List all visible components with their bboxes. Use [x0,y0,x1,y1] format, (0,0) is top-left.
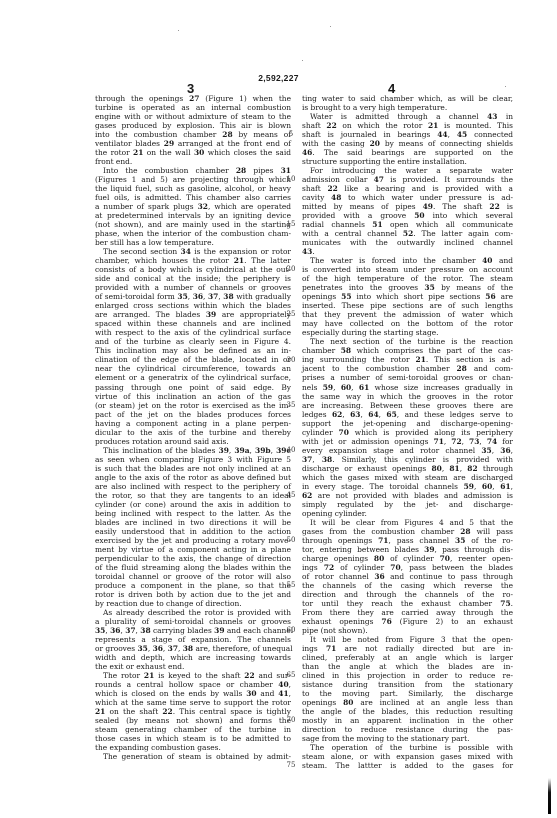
text-line: chamber, which houses the rotor 21. The … [95,256,291,265]
text-line: that they prevent the admission of water… [302,310,513,319]
text-line: cylinder (or cone) around the axis in ad… [95,500,291,509]
text-line: support the jet-opening and discharge-op… [302,419,513,428]
text-line: municates with the outwardly inclined ch… [302,238,513,247]
text-line: admission collar 47 is provided. It surr… [302,175,513,184]
scan-speck [302,60,303,61]
text-line: cylinder 70 which is provided along its … [302,428,513,437]
text-line: It will be clear from Figures 4 and 5 th… [302,518,513,527]
text-line: direction and through the channels of th… [302,590,513,599]
text-line: the exit or exhaust end. [95,662,291,671]
text-line: may have collected on the bottom of the … [302,319,513,328]
scan-speck [178,30,179,31]
text-line: the rotor, so that they are tangents to … [95,491,291,500]
text-line: as seen when comparing Figure 3 with Fig… [95,455,291,464]
text-line: front end. [95,157,291,166]
text-line: shaft 22 like a bearing and is provided … [302,184,513,193]
text-line: jacent to the combustion chamber 28 and … [302,364,513,373]
text-line: mitted by means of pipes 49. The shaft 2… [302,202,513,211]
text-line: phase, when the interior of the combusti… [95,229,291,238]
text-line: or grooves 35, 36, 37, 38 are, therefore… [95,644,291,653]
text-line: turbine is operated as an internal combu… [95,103,291,112]
text-line: 37, 38. Similarly, this cylinder is prov… [302,455,513,464]
text-line: simply regulated by the jet- and dischar… [302,500,513,509]
text-line: those cases in which steam is to be admi… [95,734,291,743]
text-line: spaced within these channels and are inc… [95,319,291,328]
text-line: toroidal channel or groove of the rotor … [95,572,291,581]
text-line: sealed (by means not shown) and forms th… [95,716,291,725]
text-line: clined in this projection in order to re… [302,671,513,680]
text-line: which at the same time serve to support … [95,698,291,707]
line-number: 20 [285,265,297,273]
text-line: of the high temperature of the rotor. Th… [302,274,513,283]
text-line: ledges 62, 63, 64, 65, and these ledges … [302,410,513,419]
text-line: shaft is journaled in bearings 44, 45 co… [302,130,513,139]
line-number: 25 [285,310,297,318]
text-line: gases from the combustion chamber 28 wil… [302,527,513,536]
text-line: (or steam) jet on the rotor is exercised… [95,401,291,410]
text-line: shaft 22 on which the rotor 21 is mounte… [302,121,513,130]
text-line: the channels of the casing which reverse… [302,581,513,590]
text-line: sistance during transition from the stat… [302,680,513,689]
text-line: 46. The said bearings are supported on t… [302,148,513,157]
text-line: of the fluid streaming along the blades … [95,563,291,572]
line-number: 15 [285,220,297,228]
text-line: provided with a number of channels or gr… [95,283,291,292]
line-number: 50 [285,536,297,544]
text-line: pipe (not shown). [302,626,513,635]
text-line: is brought to a very high temperature. [302,103,513,112]
text-line: radial channels 51 open which all commun… [302,220,513,229]
text-line: 43. [302,247,513,256]
text-line: virtue of this inclination an action of … [95,392,291,401]
text-line: blades are inclined in two directions it… [95,518,291,527]
text-line: being inclined with respect to the latte… [95,509,291,518]
text-line: provided with a groove 50 into which sev… [302,211,513,220]
text-line: enlarged cross sections within which the… [95,301,291,310]
line-number: 35 [285,401,297,409]
text-line: clination of the edge of the blade, loca… [95,355,291,364]
line-number: 60 [285,626,297,634]
text-line: chamber 58 which comprises the part of t… [302,346,513,355]
text-line: through openings 71, pass channel 35 of … [302,536,513,545]
text-line: (Figures 1 and 5) are projecting through… [95,175,291,184]
text-line: through the openings 27 (Figure 1) when … [95,94,291,103]
text-line: are arranged. The blades 39 are appropri… [95,310,291,319]
text-line: fuel oils, is admitted. This chamber als… [95,193,291,202]
text-line: openings 80 are inclined at an angle les… [302,698,513,707]
text-line: with respect to the axis of the cylindri… [95,328,291,337]
text-line: This inclination may also be defined as … [95,346,291,355]
text-line: the rotor 21 on the wall 30 which closes… [95,148,291,157]
text-line: ventilator blades 29 arranged at the fro… [95,139,291,148]
text-line: rotor is driven both by action due to th… [95,590,291,599]
text-line: which is closed on the ends by walls 30 … [95,689,291,698]
text-line: penetrates into the grooves 35 by means … [302,283,513,292]
text-line: are also inclined with respect to the pe… [95,482,291,491]
text-line: structure supporting the entire installa… [302,157,513,166]
text-line: inserted. These pipe sections are of suc… [302,301,513,310]
text-line: at predetermined intervals by an ignitin… [95,211,291,220]
text-line: is converted into steam under pressure o… [302,265,513,274]
text-line: steam. The lattter is added to the gases… [302,761,513,770]
text-line: into the combustion chamber 28 by means … [95,130,291,139]
text-line: represents a stage of expansion. The cha… [95,635,291,644]
text-line: The water is forced into the chamber 40 … [302,256,513,265]
text-line: It will be noted from Figure 3 that the … [302,635,513,644]
text-line: This inclination of the blades 39, 39a, … [95,446,291,455]
text-line: The rotor 21 is keyed to the shaft 22 an… [95,671,291,680]
text-line: with the casing 20 by means of connectin… [302,139,513,148]
text-line: For introducing the water a separate wat… [302,166,513,175]
line-number: 65 [285,671,297,679]
text-line: ings 71 are not radially directed but ar… [302,644,513,653]
line-number: 40 [285,446,297,454]
scan-speck [505,86,506,87]
text-line: width and depth, which are increasing to… [95,653,291,662]
text-line: passing through one point of said edge. … [95,383,291,392]
text-line: engine with or without admixture of stea… [95,112,291,121]
text-line: are increasing. Between these grooves th… [302,401,513,410]
text-line: direction to reduce resistance during th… [302,725,513,734]
text-line: The operation of the turbine is possible… [302,743,513,752]
text-line: and of the turbine as clearly seen in Fi… [95,337,291,346]
text-line: discharge or exhaust openings 80, 81, 82… [302,464,513,473]
text-line: easily understood that in addition to th… [95,527,291,536]
text-line: prises a number of semi-toroidal grooves… [302,373,513,382]
text-line: tor, entering between blades 39, pass th… [302,545,513,554]
text-line: opening cylinder. [302,509,513,518]
line-number: 5 [285,130,297,138]
text-line: of semi-toroidal form 35, 36, 37, 38 wit… [95,292,291,301]
line-number: 55 [285,581,297,589]
text-line: than the angle at which the blades are i… [302,662,513,671]
text-line: to the moving part. Similarly, the disch… [302,689,513,698]
line-number: 75 [285,761,297,769]
text-line: (not shown), and are mainly used in the … [95,220,291,229]
patent-number: 2,592,227 [0,73,557,83]
text-line: ting water to said chamber which, as wil… [302,94,513,103]
text-line: 35, 36, 37, 38 carrying blades 39 and ea… [95,626,291,635]
scan-speck [330,26,331,27]
text-line: tor until they reach the exhaust chamber… [302,599,513,608]
text-line: steam alone, or with expansion gases mix… [302,752,513,761]
text-line: consists of a body which is cylindrical … [95,265,291,274]
text-line: dicular to the axis of the turbine and t… [95,428,291,437]
right-text-column: ting water to said chamber which, as wil… [302,94,513,770]
text-line: 21 on the shaft 22. This central space i… [95,707,291,716]
text-line: steam generating chamber of the turbine … [95,725,291,734]
text-line: Into the combustion chamber 28 pipes 31 [95,166,291,175]
text-line: every expansion stage and rotor channel … [302,446,513,455]
text-line: exercised by the jet and producing a rot… [95,536,291,545]
text-line: ment by virtue of a component acting in … [95,545,291,554]
text-line: the liquid fuel, such as gasoline, alcoh… [95,184,291,193]
text-line: 62 are not provided with blades and admi… [302,491,513,500]
scan-edge-mark [548,778,551,814]
text-line: The next section of the turbine is the r… [302,337,513,346]
text-line: ber still has a low temperature. [95,238,291,247]
text-line: especially during the starting stage. [302,328,513,337]
text-line: a plurality of semi-toroidal channels or… [95,617,291,626]
line-number: 30 [285,356,297,364]
text-line: produces rotation around said axis. [95,437,291,446]
text-line: Water is admitted through a channel 43 i… [302,112,513,121]
text-line: the angle of the blades, this reduction … [302,707,513,716]
line-number: 10 [285,175,297,183]
text-line: ing surrounding the rotor 21. This secti… [302,355,513,364]
text-line: clined, preferably at an angle which is … [302,653,513,662]
line-number: 45 [285,491,297,499]
text-line: in every stage. The toroidal channels 59… [302,482,513,491]
text-line: of rotor channel 36 and continue to pass… [302,572,513,581]
text-line: the expanding combustion gases. [95,743,291,752]
text-line: which the gases mixed with steam are dis… [302,473,513,482]
text-line: From there they are carried away through… [302,608,513,617]
text-line: openings 55 into which short pipe sectio… [302,292,513,301]
text-line: angle to the axis of the rotor as above … [95,473,291,482]
text-line: having a component acting in a plane per… [95,419,291,428]
text-line: gases produced by explosion. This air is… [95,121,291,130]
text-line: is such that the blades are not only inc… [95,464,291,473]
text-line: rounds a central hollow space or chamber… [95,680,291,689]
text-line: perpendicular to the axis, the change of… [95,554,291,563]
text-line: The generation of steam is obtained by a… [95,752,291,761]
text-line: a number of spark plugs 32, which are op… [95,202,291,211]
text-line: mostly in an apparent inclination in the… [302,716,513,725]
text-line: ings 72 of cylinder 70, pass between the… [302,563,513,572]
text-line: sage from the moving to the stationary p… [302,734,513,743]
text-line: element or a generatrix of the cylindric… [95,373,291,382]
text-line: with a central channel 52. The latter ag… [302,229,513,238]
text-line: The second section 34 is the expansion o… [95,247,291,256]
text-line: pact of the jet on the blades produces f… [95,410,291,419]
text-line: As already described the rotor is provid… [95,608,291,617]
text-line: the same way in which the grooves in the… [302,392,513,401]
line-number: 70 [285,716,297,724]
text-line: cavity 48 to which water under pressure … [302,193,513,202]
text-line: exhaust openings 76 (Figure 2) to an exh… [302,617,513,626]
left-text-column: through the openings 27 (Figure 1) when … [95,94,291,761]
text-line: side and conical at the inside; the peri… [95,274,291,283]
text-line: near the cylindrical circumference, towa… [95,364,291,373]
text-line: produce a component in the plane, so tha… [95,581,291,590]
text-line: charge openings 80 of cylinder 70, reent… [302,554,513,563]
text-line: with jet or admission openings 71, 72, 7… [302,437,513,446]
text-line: nels 59, 60, 61 whose size increases gra… [302,383,513,392]
text-line: by reaction due to change of direction. [95,599,291,608]
